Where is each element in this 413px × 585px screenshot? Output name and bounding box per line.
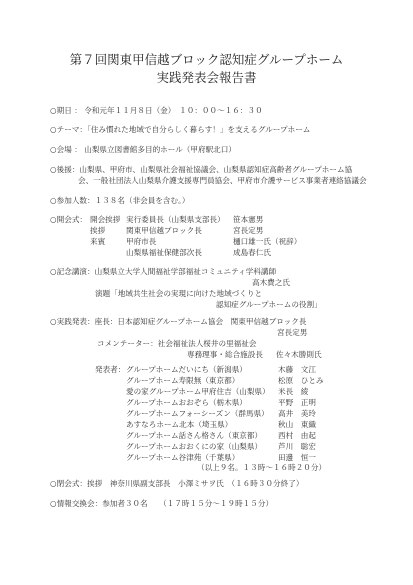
presenters-label: 発表者： [95,365,125,375]
opening-name: 成島春仁氏 [233,248,271,258]
opening-title: 甲府市長 [126,237,156,247]
presenter-org: グループホームだいにち（新潟県） [126,365,247,375]
presenter-org: グループホーム寿限無（東京都） [126,376,239,386]
presenter-name: 松原 ひとみ [278,376,324,386]
presenter-name: 芦川 聡宏 [278,442,316,452]
presenter-name: 米長 綾 [278,387,308,397]
document-title-line1: 第７回関東甲信越ブロック認知症グループホーム [0,50,413,68]
date-line: ○期日 ： 令和元年１１月８日（金） １０：００～１６：３０ [50,106,263,116]
presentation-chair: 宮長定男 [277,328,307,338]
lecture-title-line-1: 演題「地域共生社会の実現に向けた地域づくりと [95,289,262,299]
presenter-name: 西村 由起 [278,431,316,441]
opening-role: 開会挨拶 [90,215,120,225]
presenter-org: 愛の家グループホーム甲府住吉（山梨県） [126,387,270,397]
presenter-name: 木藤 文江 [278,365,316,375]
presenter-org: あすなろホーム北本（埼玉県） [126,420,232,430]
attendance-line: ○参加人数：１３８名（非会員を含む。） [50,196,190,206]
exchange-line: ○情報交換会：参加者３０名 （１７時１５分～１９時１５分） [50,499,273,509]
presenter-name: 平野 正明 [278,398,316,408]
presenter-name: 田邊 恒一 [278,453,316,463]
presenter-name: 高井 美玲 [278,409,316,419]
lecture-line-1: ○記念講演：山梨県立大学人間福祉学部福祉コミュニティ学科講師 [50,267,276,277]
opening-title: 山梨県福祉保健部次長 [126,248,202,258]
opening-title: 関東甲信越ブロック長 [126,226,202,236]
lecture-title-line-2: 認知症グループホームの役割」 [216,300,322,310]
presenter-org: グループホームおおぞら（栃木県） [126,398,247,408]
closing-line: ○閉会式：挨拶 神奈川県副支部長 小澤ミサヲ氏 （１６時３０分終了） [50,479,303,489]
presentation-line-1: ○実践発表：座長：日本認知症グループホーム協会 関東甲信越ブロック長 [50,317,306,327]
support-line-2: 会、一般社団法人山梨県介護支援専門員協会、甲府市介護サービス事業者連絡協議会 [78,176,367,186]
commentator-name: 佐々木勝則氏 [276,350,322,360]
opening-role: 挨拶 [90,226,105,236]
support-line-1: ○後援：山梨県、甲府市、山梨県社会福祉協議会、山梨県認知症高齢者グループホーム協 [50,165,352,175]
opening-label: ○開会式： [50,215,87,225]
presenters-summary: （以上９名。１３時～１６時２０分） [197,463,326,473]
opening-role: 来賓 [90,237,105,247]
opening-name: 樋口雄一氏（祝辞） [233,237,301,247]
presenter-org: グループホーム谷津苑（千葉県） [126,453,239,463]
opening-title: 実行委員長（山梨県支部長） [126,215,225,225]
presenter-org: グループホームおおくにの家（山梨県） [126,442,262,452]
presenter-name: 秋山 東織 [278,420,316,430]
commentator-title: 専務理事・総合施設長 [187,350,263,360]
lecture-speaker: 高木費之氏 [252,278,290,288]
document-title-line2: 実践発表会報告書 [0,68,413,86]
venue-line: ○会場 ： 山梨県立図書館多目的ホール（甲府駅北口） [50,145,236,155]
theme-line: ○テーマ：「住み慣れた地域で自分らしく暮らす！」を支えるグループホーム [50,125,310,135]
commentator-line: コメンテーター：社会福祉法人桜井の里福祉会 [97,339,256,349]
presenter-org: グループホームフォーシーズン（群馬県） [126,409,269,419]
opening-name: 宮長定男 [233,226,263,236]
presenter-org: グループホーム話さん格さん（東京都） [126,431,262,441]
opening-name: 笹本憲男 [233,215,263,225]
